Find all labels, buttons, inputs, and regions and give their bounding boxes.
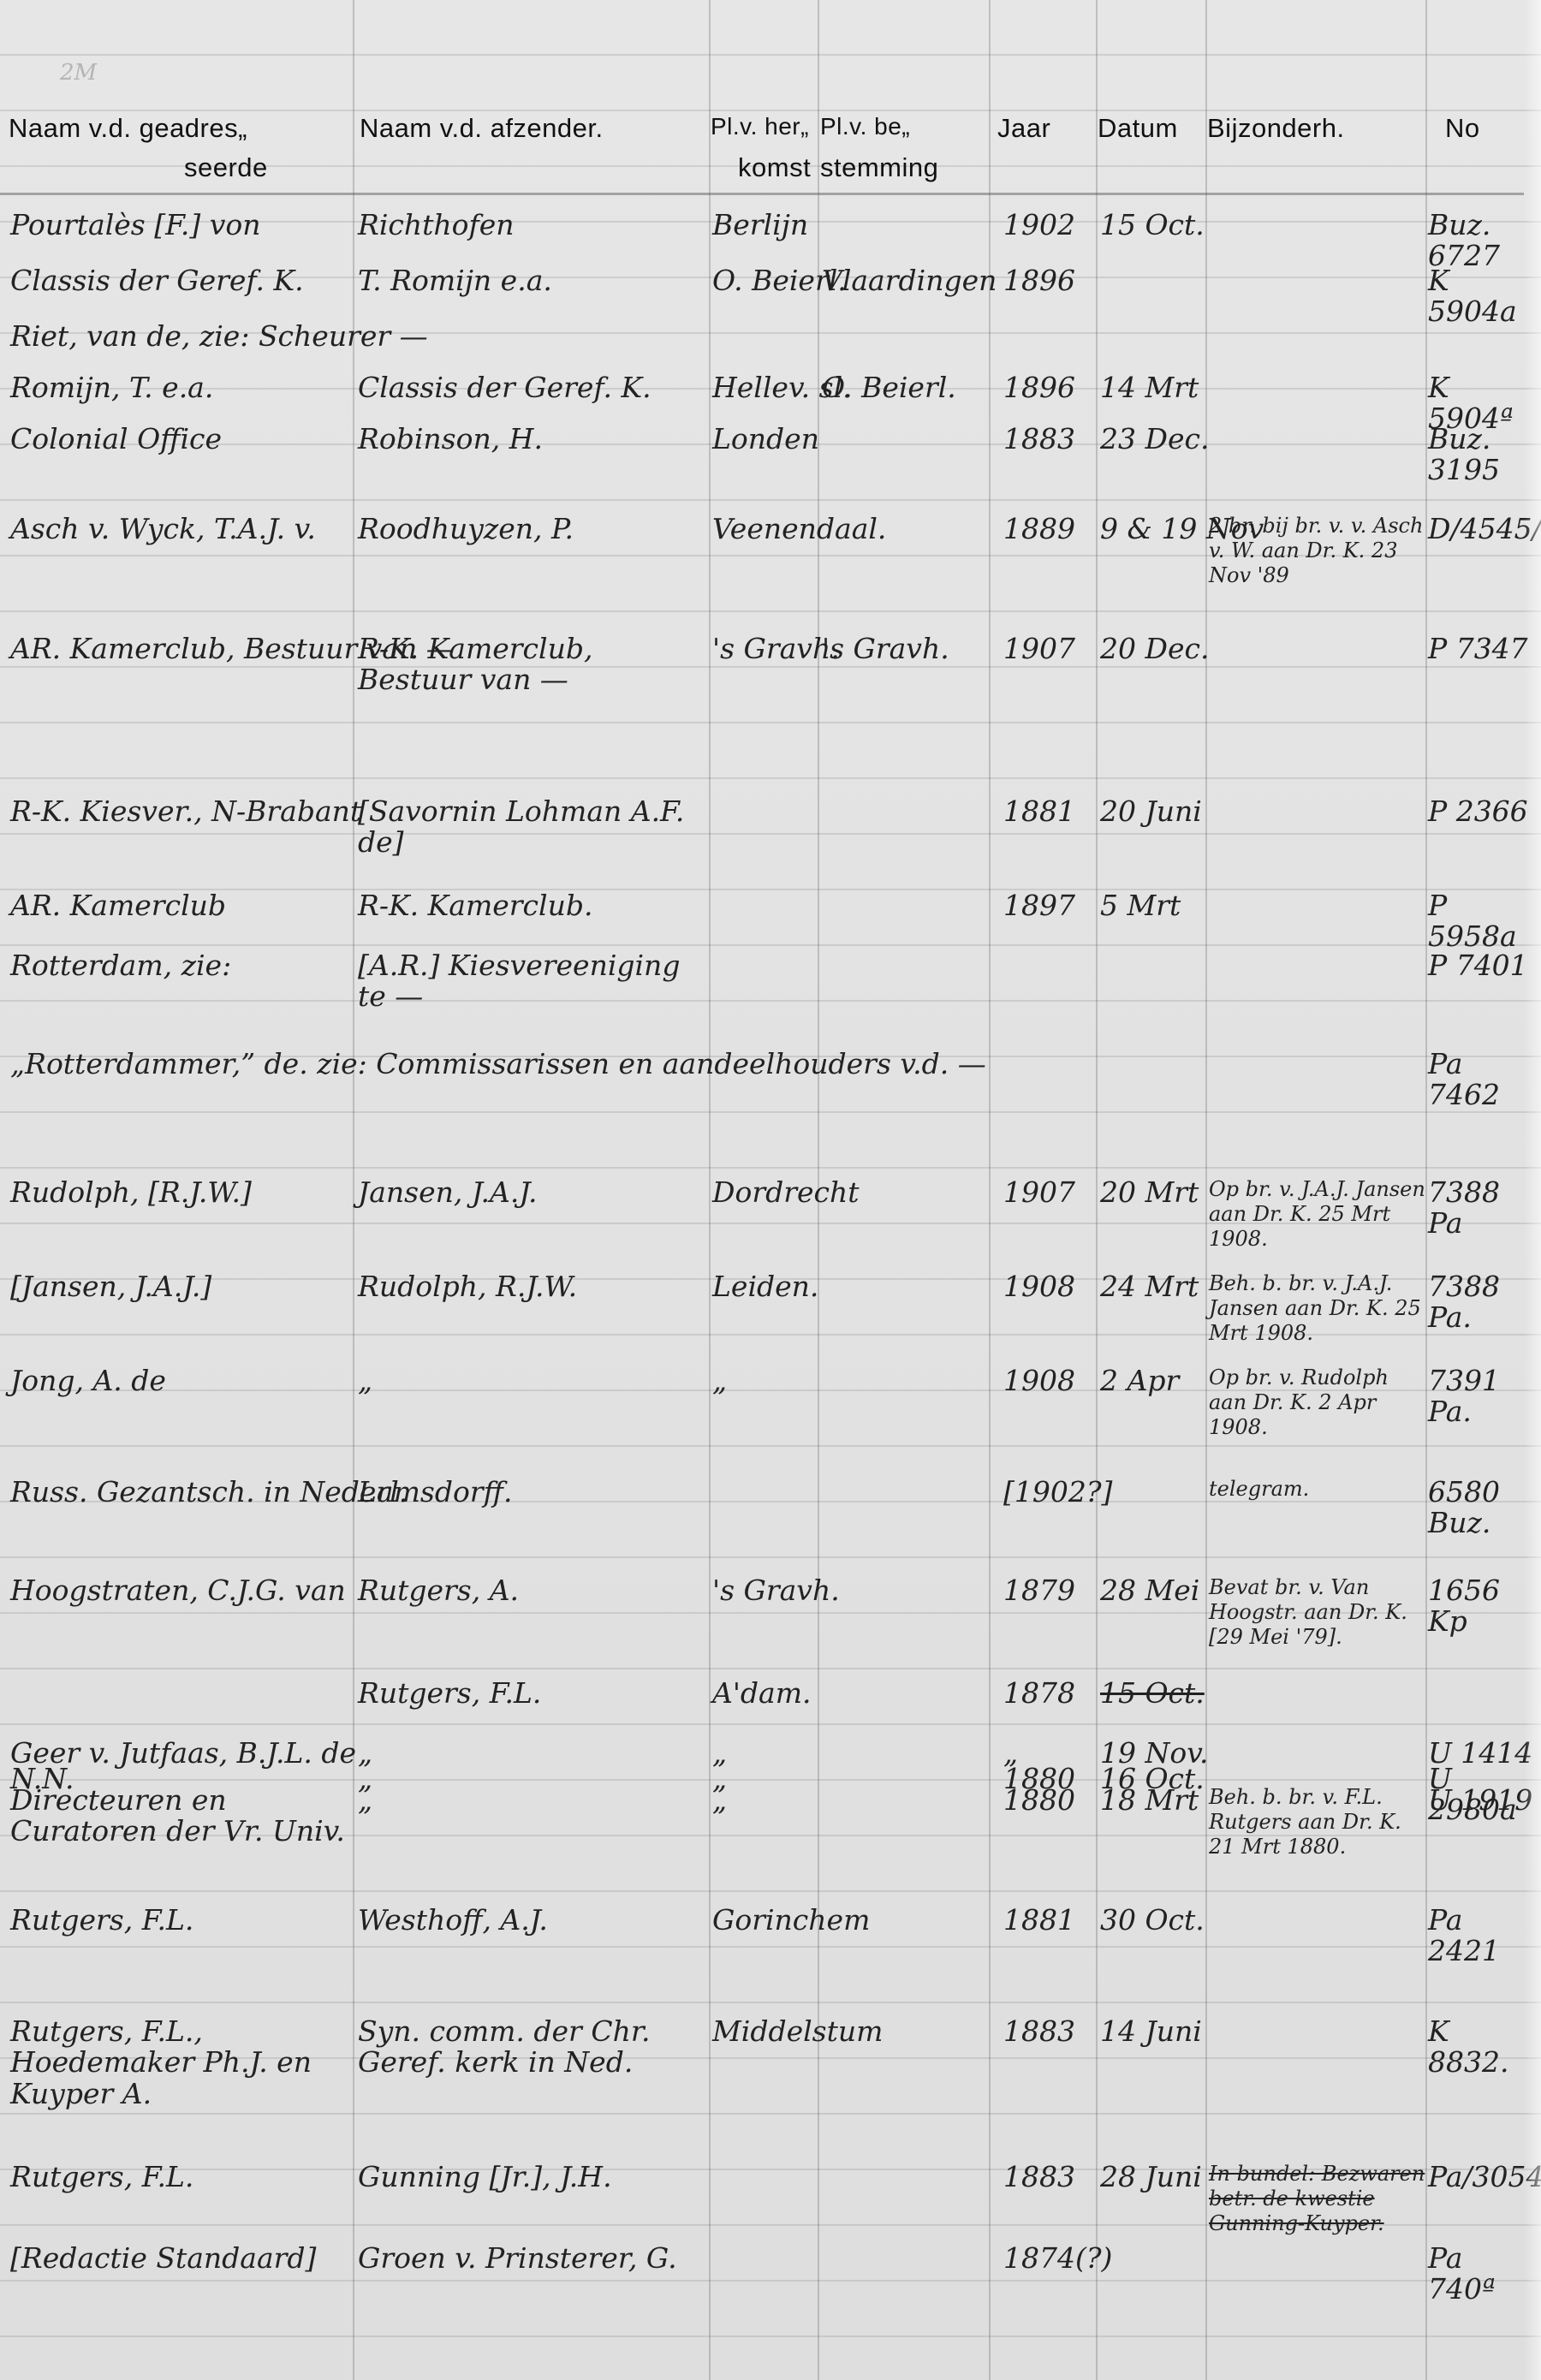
entry-jaar: 1883: [1003, 2162, 1075, 2193]
entry-geadresseerde: Pourtalès [F.] von: [10, 210, 260, 241]
entry-geadresseerde: [Redactie Standaard]: [10, 2243, 316, 2274]
entry-afzender: R-K. Kamerclub, Bestuur van —: [358, 634, 705, 696]
entry-nummer: U 1919: [1428, 1785, 1535, 1816]
entry-jaar: 1897: [1003, 890, 1075, 921]
entry-jaar: 1889: [1003, 514, 1075, 544]
entry-nummer: 7388 Pa.: [1428, 1271, 1535, 1334]
entry-herkomst: 's Gravh.: [712, 1575, 840, 1606]
entry-bijzonderheden: Bevat br. v. Van Hoogstr. aan Dr. K. [29…: [1209, 1575, 1427, 1649]
corner-mark: 2M: [60, 60, 97, 86]
entry-herkomst: A'dam.: [712, 1678, 811, 1709]
entry-geadresseerde: Romijn, T. e.a.: [10, 372, 213, 403]
entry-nummer: Pa/3054: [1428, 2162, 1535, 2193]
entry-nummer: Pa 740ª: [1428, 2243, 1535, 2306]
entry-datum: 30 Oct.: [1100, 1905, 1205, 1936]
entry-bijzonderheden: 2 br. bij br. v. v. Asch v. W. aan Dr. K…: [1209, 514, 1427, 587]
entry-bijzonderheden: In bundel: Bezwaren betr. de kwestie Gun…: [1209, 2162, 1427, 2235]
entry-geadresseerde: Rotterdam, zie:: [10, 950, 231, 981]
entry-datum: 14 Juni: [1100, 2016, 1202, 2047]
header-datum: Datum: [1098, 113, 1178, 144]
column-divider: [709, 0, 711, 2380]
entry-jaar: 1883: [1003, 424, 1075, 455]
entry-bijzonderheden: Op br. v. Rudolph aan Dr. K. 2 Apr 1908.: [1209, 1366, 1427, 1439]
entry-jaar: 1907: [1003, 634, 1075, 664]
entry-nummer: D/4545/6: [1428, 514, 1535, 544]
entry-jaar: 1874(?): [1003, 2243, 1112, 2274]
entry-afzender: „: [358, 1785, 372, 1816]
entry-jaar: 1879: [1003, 1575, 1075, 1606]
entry-geadresseerde: Hoogstraten, C.J.G. van: [10, 1575, 346, 1606]
entry-datum: 28 Juni: [1100, 2162, 1202, 2193]
column-divider: [1096, 0, 1098, 2380]
entry-herkomst: 's Gravh.: [712, 634, 840, 664]
entry-nummer: K 5904a: [1428, 265, 1535, 328]
entry-afzender: [Savornin Lohman A.F. de]: [358, 796, 705, 859]
entry-datum: 28 Mei: [1100, 1575, 1199, 1606]
entry-afzender: Classis der Geref. K.: [358, 372, 652, 403]
entry-nummer: 7388 Pa: [1428, 1177, 1535, 1240]
entry-datum: 20 Juni: [1100, 796, 1202, 827]
column-divider: [989, 0, 991, 2380]
entry-jaar: 1907: [1003, 1177, 1075, 1208]
entry-jaar: [1902?]: [1003, 1477, 1112, 1508]
entry-nummer: K 8832.: [1428, 2016, 1535, 2079]
header-jaar: Jaar: [997, 113, 1050, 144]
entry-nummer: 1656 Kp: [1428, 1575, 1535, 1638]
header-bijzonderheden: Bijzonderh.: [1207, 113, 1345, 144]
entry-datum: 18 Mrt: [1100, 1785, 1199, 1816]
entry-geadresseerde: Rudolph, [R.J.W.]: [10, 1177, 252, 1208]
entry-bijzonderheden: Beh. b. br. v. F.L. Rutgers aan Dr. K. 2…: [1209, 1785, 1427, 1859]
entry-geadresseerde: [Jansen, J.A.J.]: [10, 1271, 211, 1302]
entry-herkomst: Berlijn: [712, 210, 808, 241]
entry-jaar: 1902: [1003, 210, 1075, 241]
entry-afzender: Rutgers, F.L.: [358, 1678, 541, 1709]
entry-afzender: Rutgers, A.: [358, 1575, 519, 1606]
entry-herkomst: Veenendaal.: [712, 514, 886, 544]
entry-datum: 2 Apr: [1100, 1366, 1179, 1396]
entry-bijzonderheden: Op br. v. J.A.J. Jansen aan Dr. K. 25 Mr…: [1209, 1177, 1427, 1251]
header-rule: [0, 193, 1524, 195]
header-herkomst: Pl.v. her„: [711, 113, 809, 140]
entry-afzender: Jansen, J.A.J.: [358, 1177, 538, 1208]
entry-afzender: Lamsdorff.: [358, 1477, 512, 1508]
entry-nummer: 7391 Pa.: [1428, 1366, 1535, 1428]
entry-afzender: Rudolph, R.J.W.: [358, 1271, 577, 1302]
entry-nummer: P 7347: [1428, 634, 1535, 664]
entry-herkomst: Londen: [712, 424, 819, 455]
entry-geadresseerde: AR. Kamerclub: [10, 890, 226, 921]
entry-nummer: P 5958a: [1428, 890, 1535, 953]
header-herkomst-2: komst: [738, 152, 811, 183]
header-afzender: Naam v.d. afzender.: [360, 113, 604, 144]
entry-jaar: 1896: [1003, 265, 1075, 296]
entry-geadresseerde: Rutgers, F.L.: [10, 2162, 193, 2193]
entry-geadresseerde: Asch v. Wyck, T.A.J. v.: [10, 514, 316, 544]
entry-afzender: „: [358, 1366, 372, 1396]
entry-nummer: P 2366: [1428, 796, 1535, 827]
entry-geadresseerde: R-K. Kiesver., N-Brabant: [10, 796, 361, 827]
entry-herkomst: „: [712, 1366, 727, 1396]
entry-datum: 20 Dec.: [1100, 634, 1209, 664]
entry-geadresseerde: Riet, van de, zie: Scheurer —: [10, 321, 428, 352]
entry-bestemming: 's Gravh.: [822, 634, 949, 664]
entry-bestemming: O. Beierl.: [822, 372, 956, 403]
column-divider: [1205, 0, 1207, 2380]
entry-jaar: 1908: [1003, 1271, 1075, 1302]
header-geadresseerde-2: seerde: [184, 152, 268, 183]
entry-herkomst: Middelstum: [712, 2016, 883, 2047]
entry-bijzonderheden: Beh. b. br. v. J.A.J. Jansen aan Dr. K. …: [1209, 1271, 1427, 1345]
entry-nummer: Buz. 6727: [1428, 210, 1535, 272]
entry-jaar: 1881: [1003, 796, 1075, 827]
entry-geadresseerde: „Rotterdammer,” de. zie: Commissarissen …: [10, 1049, 1080, 1080]
entry-afzender: Westhoff, A.J.: [358, 1905, 548, 1936]
entry-afzender: Groen v. Prinsterer, G.: [358, 2243, 677, 2274]
entry-afzender: Syn. comm. der Chr. Geref. kerk in Ned.: [358, 2016, 705, 2079]
entry-nummer: Pa 7462: [1428, 1049, 1535, 1111]
entry-nummer: 6580 Buz.: [1428, 1477, 1535, 1539]
entry-jaar: 1896: [1003, 372, 1075, 403]
archive-index-card: 2M Naam v.d. geadres„ seerde Naam v.d. a…: [0, 0, 1541, 2380]
header-geadresseerde: Naam v.d. geadres„: [9, 113, 247, 144]
header-bestemming-2: stemming: [820, 152, 938, 183]
entry-datum: 14 Mrt: [1100, 372, 1199, 403]
entry-nummer: P 7401: [1428, 950, 1535, 981]
column-divider: [353, 0, 354, 2380]
entry-jaar: 1878: [1003, 1678, 1075, 1709]
entry-datum: 15 Oct.: [1100, 1678, 1205, 1709]
entry-datum: 20 Mrt: [1100, 1177, 1199, 1208]
entry-jaar: 1883: [1003, 2016, 1075, 2047]
entry-datum: 15 Oct.: [1100, 210, 1205, 241]
entry-bijzonderheden: telegram.: [1209, 1477, 1427, 1502]
entry-datum: 24 Mrt: [1100, 1271, 1199, 1302]
entry-herkomst: Gorinchem: [712, 1905, 870, 1936]
header-bestemming: Pl.v. be„: [820, 113, 910, 140]
entry-afzender: T. Romijn e.a.: [358, 265, 552, 296]
entry-geadresseerde: Rutgers, F.L.: [10, 1905, 193, 1936]
entry-afzender: Robinson, H.: [358, 424, 543, 455]
entry-geadresseerde: Jong, A. de: [10, 1366, 166, 1396]
entry-geadresseerde: Colonial Office: [10, 424, 222, 455]
entry-geadresseerde: Russ. Gezantsch. in Nederl.: [10, 1477, 408, 1508]
entry-jaar: 1908: [1003, 1366, 1075, 1396]
entry-jaar: 1880: [1003, 1785, 1075, 1816]
entry-nummer: Buz. 3195: [1428, 424, 1535, 486]
entry-geadresseerde: Rutgers, F.L., Hoedemaker Ph.J. en Kuype…: [10, 2016, 348, 2109]
entry-bestemming: Vlaardingen: [822, 265, 997, 296]
entry-herkomst: Dordrecht: [712, 1177, 860, 1208]
entry-afzender: Richthofen: [358, 210, 515, 241]
entry-afzender: Gunning [Jr.], J.H.: [358, 2162, 612, 2193]
entry-datum: 23 Dec.: [1100, 424, 1209, 455]
entry-afzender: Roodhuyzen, P.: [358, 514, 574, 544]
entry-datum: 5 Mrt: [1100, 890, 1181, 921]
entry-geadresseerde: Directeuren en Curatoren der Vr. Univ.: [10, 1785, 348, 1847]
header-nummer: No: [1445, 113, 1480, 144]
entry-afzender: [A.R.] Kiesvereeniging te —: [358, 950, 705, 1013]
entry-nummer: Pa 2421: [1428, 1905, 1535, 1967]
entry-geadresseerde: Classis der Geref. K.: [10, 265, 304, 296]
entry-herkomst: „: [712, 1785, 727, 1816]
entry-afzender: R-K. Kamerclub.: [358, 890, 592, 921]
entry-jaar: 1881: [1003, 1905, 1075, 1936]
entry-herkomst: Leiden.: [712, 1271, 818, 1302]
